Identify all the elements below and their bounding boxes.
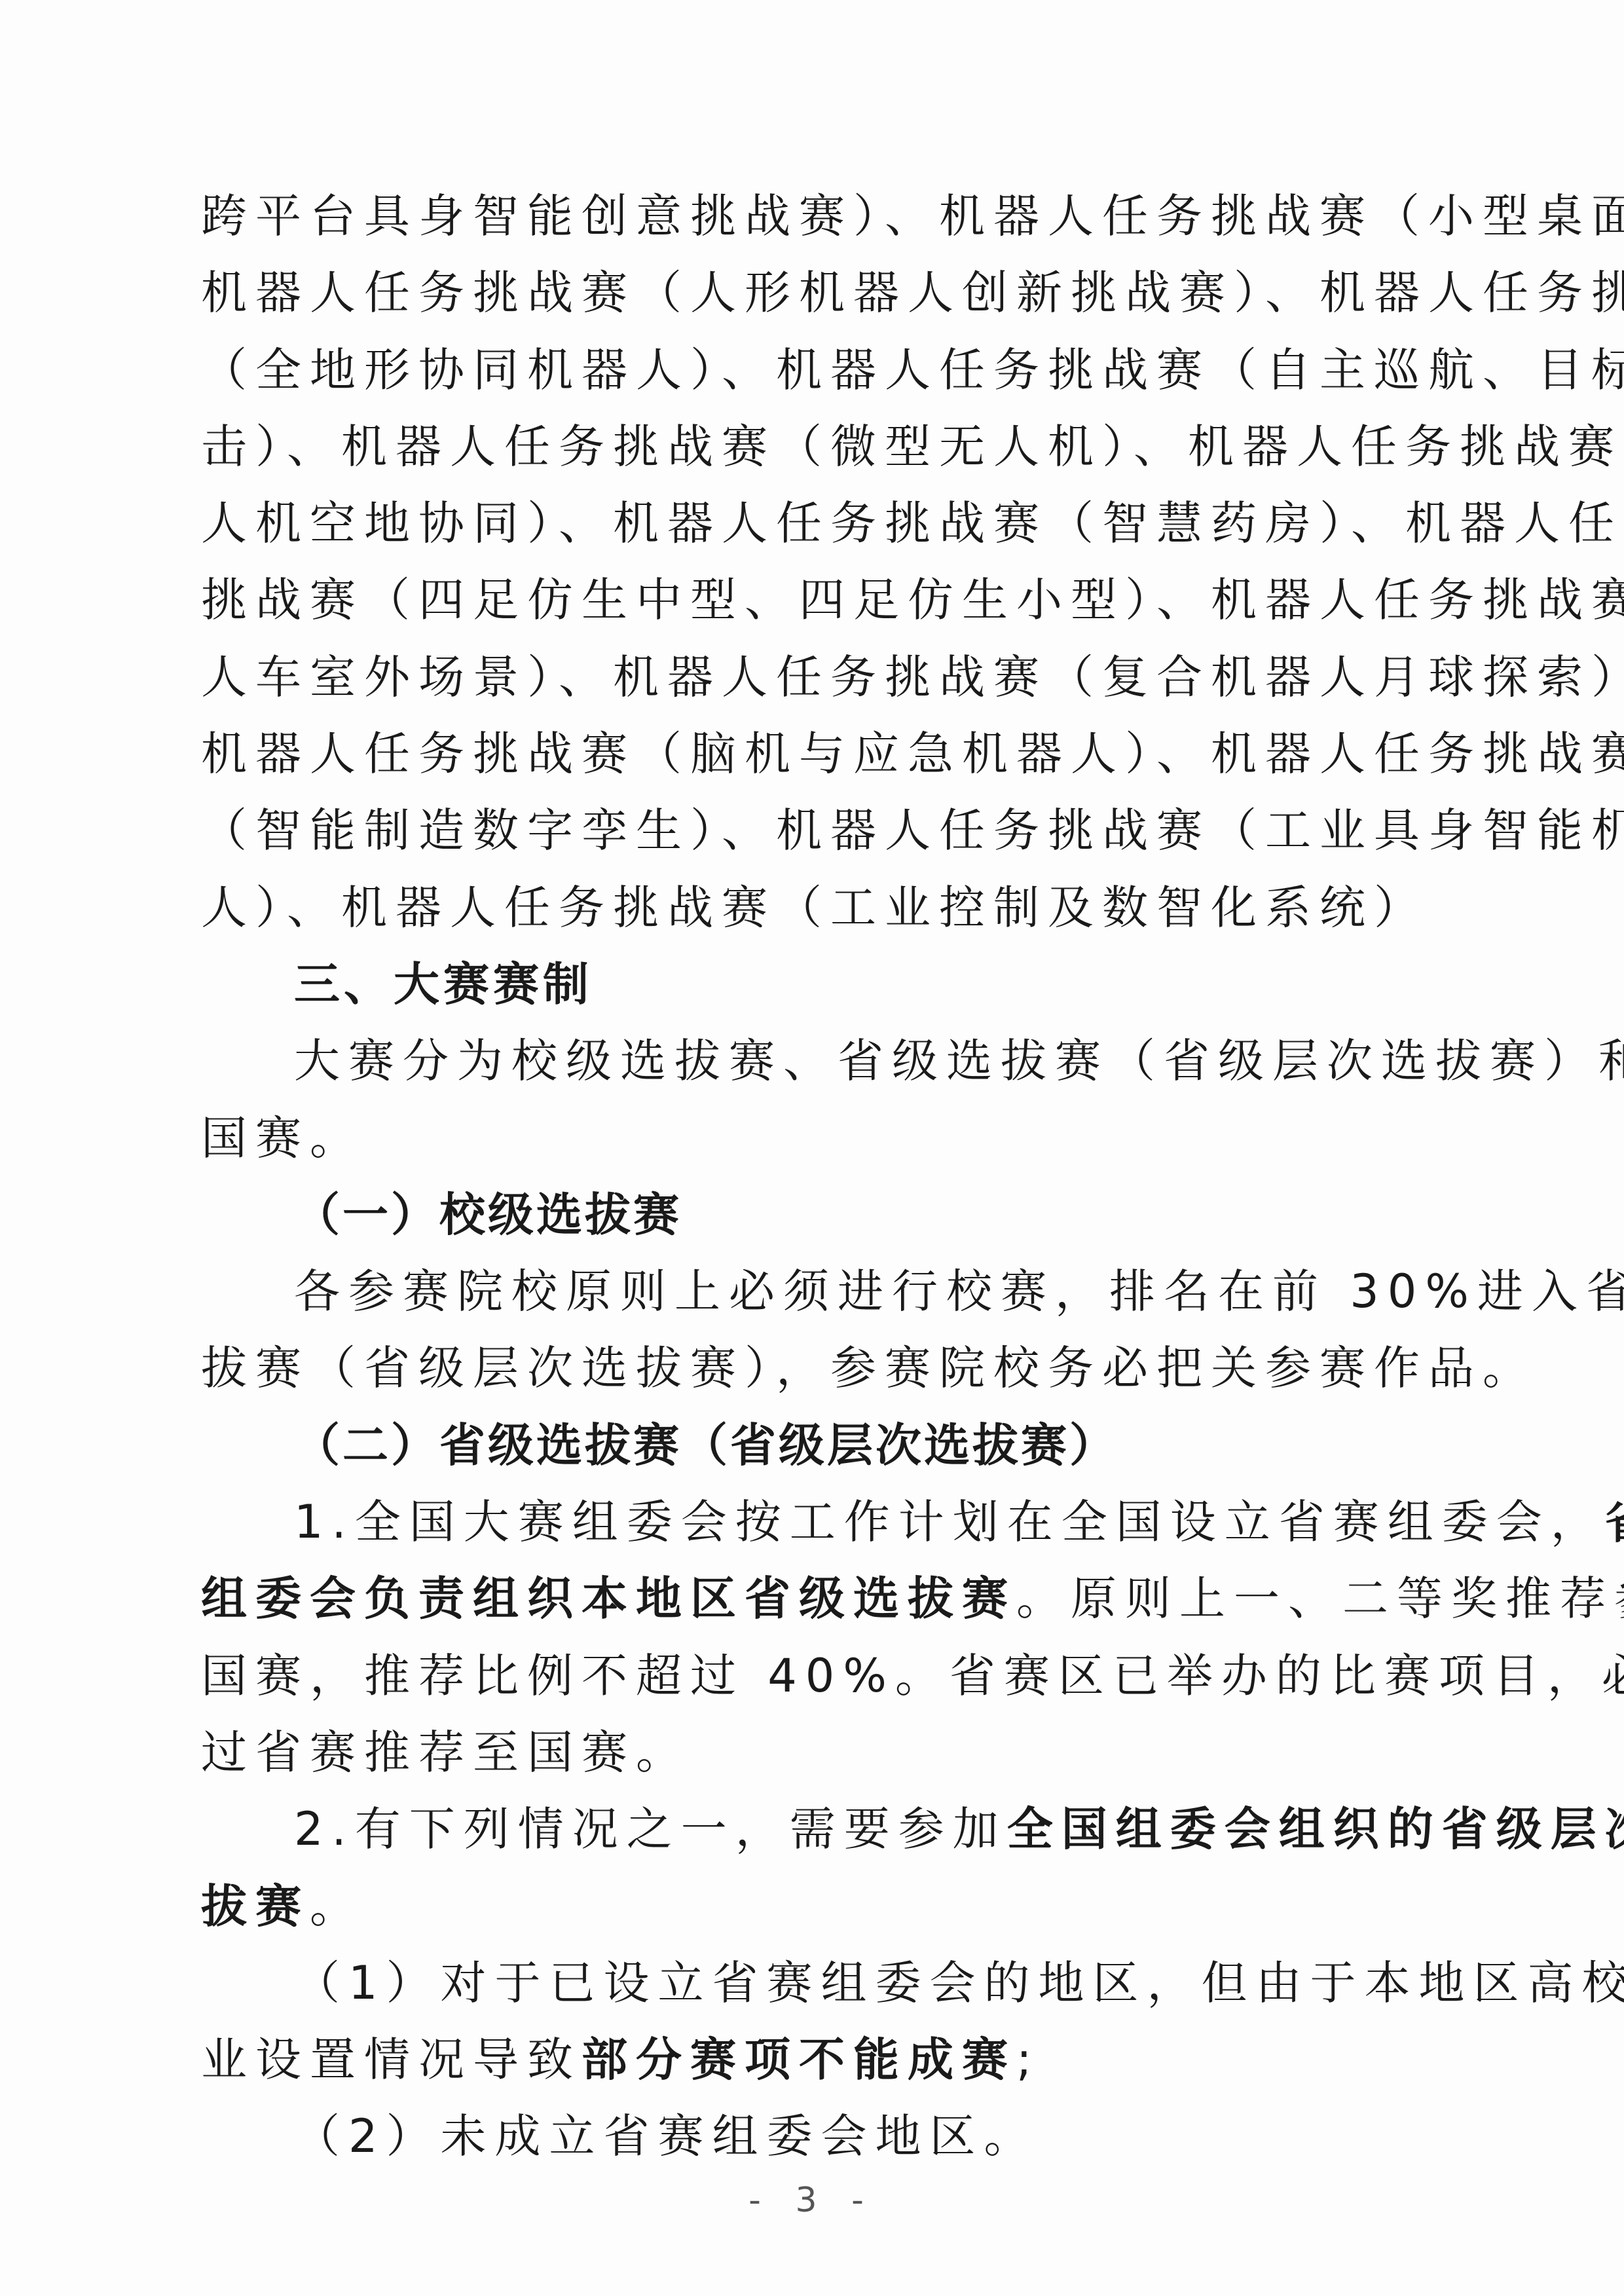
paragraph-line: （1）对于已设立省赛组委会的地区，但由于本地区高校专 [201, 1945, 1416, 2022]
paragraph-line: 机器人任务挑战赛（脑机与应急机器人）、机器人任务挑战赛赛 [201, 716, 1416, 792]
text-run: 业设置情况导致 [201, 2033, 581, 2086]
paragraph-line: 人）、机器人任务挑战赛（工业控制及数智化系统） [201, 870, 1416, 946]
text-run: ; [1016, 2033, 1041, 2086]
paragraph-line: 机器人任务挑战赛（人形机器人创新挑战赛）、机器人任务挑战赛 [201, 255, 1416, 331]
paragraph-line: 击）、机器人任务挑战赛（微型无人机）、机器人任务挑战赛（无 [201, 409, 1416, 485]
paragraph-line: 国赛。 [201, 1100, 1416, 1177]
paragraph-line: 业设置情况导致部分赛项不能成赛; [201, 2022, 1416, 2098]
paragraph-line: 人机空地协同）、机器人任务挑战赛（智慧药房）、机器人任务 [201, 485, 1416, 562]
paragraph-line: （2）未成立省赛组委会地区。 [201, 2098, 1416, 2175]
page-number: - 3 - [0, 2181, 1624, 2220]
subsection-heading: （一）校级选拔赛 [201, 1177, 1416, 1253]
document-page: 跨平台具身智能创意挑战赛）、机器人任务挑战赛（小型桌面级）、 机器人任务挑战赛（… [0, 0, 1624, 2296]
paragraph-line: 2.有下列情况之一，需要参加全国组委会组织的省级层次选 [201, 1791, 1416, 1868]
paragraph-line: 大赛分为校级选拔赛、省级选拔赛（省级层次选拔赛）和全 [201, 1023, 1416, 1100]
bold-text-run: 拔赛 [201, 1879, 310, 1933]
text-run: 2.有下列情况之一，需要参加 [294, 1802, 1007, 1856]
bold-text-run: 组委会负责组织本地区省级选拔赛 [201, 1572, 1016, 1625]
bold-text-run: 全国组委会组织的省级层次选 [1007, 1802, 1624, 1856]
paragraph-line: （全地形协同机器人）、机器人任务挑战赛（自主巡航、目标射 [201, 332, 1416, 409]
text-run: 。原则上一、二等奖推荐参加 [1016, 1572, 1624, 1625]
text-run: 1.全国大赛组委会按工作计划在全国设立省赛组委会， [294, 1495, 1605, 1549]
paragraph-line: 组委会负责组织本地区省级选拔赛。原则上一、二等奖推荐参加 [201, 1561, 1416, 1637]
paragraph-line: 拔赛（省级层次选拔赛），参赛院校务必把关参赛作品。 [201, 1330, 1416, 1407]
paragraph-line: 过省赛推荐至国赛。 [201, 1714, 1416, 1791]
paragraph-line: 各参赛院校原则上必须进行校赛，排名在前 30%进入省级选 [201, 1253, 1416, 1330]
paragraph-line: 跨平台具身智能创意挑战赛）、机器人任务挑战赛（小型桌面级）、 [201, 178, 1416, 255]
paragraph-line: （智能制造数字孪生）、机器人任务挑战赛（工业具身智能机器 [201, 792, 1416, 869]
paragraph-line: 1.全国大赛组委会按工作计划在全国设立省赛组委会，省赛 [201, 1484, 1416, 1561]
subsection-heading: （二）省级选拔赛（省级层次选拔赛） [201, 1407, 1416, 1484]
text-run: 。 [310, 1879, 364, 1933]
bold-text-run: 省赛 [1605, 1495, 1624, 1549]
paragraph-line: 挑战赛（四足仿生中型、四足仿生小型）、机器人任务挑战赛（无 [201, 562, 1416, 639]
document-body: 跨平台具身智能创意挑战赛）、机器人任务挑战赛（小型桌面级）、 机器人任务挑战赛（… [201, 178, 1416, 2176]
paragraph-line: 拔赛。 [201, 1868, 1416, 1945]
paragraph-line: 人车室外场景）、机器人任务挑战赛（复合机器人月球探索）、 [201, 639, 1416, 716]
section-heading: 三、大赛赛制 [201, 946, 1416, 1023]
bold-text-run: 部分赛项不能成赛 [581, 2033, 1016, 2086]
paragraph-line: 国赛，推荐比例不超过 40%。省赛区已举办的比赛项目，必须通 [201, 1638, 1416, 1714]
